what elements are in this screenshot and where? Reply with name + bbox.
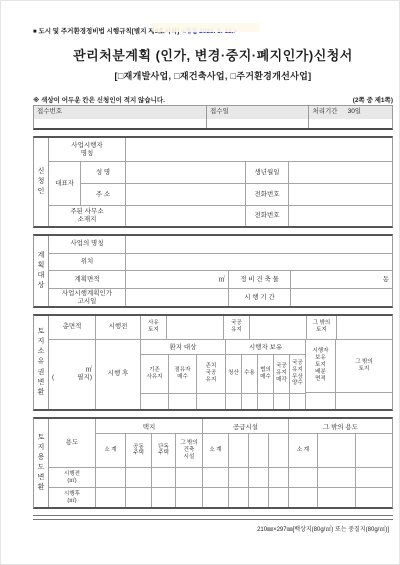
landuse-cell[interactable]: [152, 488, 176, 507]
operator-name-value[interactable]: [126, 138, 392, 161]
area-lot-unit-cell: ㎡ ( 필지): [49, 340, 96, 409]
faint-watermark: [152, 23, 260, 32]
ownership-data-cell[interactable]: [290, 394, 305, 409]
landuse-cell[interactable]: [126, 488, 152, 507]
receipt-table: 접수번호 접수일 처리기간 30일: [33, 105, 393, 130]
land-ownership-section-label-cell: 토지소유권변환: [34, 316, 49, 409]
project-name-label: 사업의 명칭: [49, 236, 126, 253]
ownership-data-cell[interactable]: [258, 394, 274, 409]
landuse-cell[interactable]: [318, 468, 356, 488]
other-use-header: 그 밖의 용도: [289, 419, 392, 434]
table-row: 용도 택지 소 계 공동 주택 단독 주택 그 밖의 건축 시설 공급시설 소 …: [49, 419, 392, 468]
table-row-after: 시행후 (㎡): [49, 488, 392, 507]
landuse-cell[interactable]: [152, 468, 176, 488]
public-land-sale-label: 국공 유지 매각: [274, 355, 290, 393]
supply-facility-header: 공급시설: [203, 419, 288, 434]
replot-target-header: 환지 대상: [141, 340, 225, 355]
landuse-cell[interactable]: [96, 468, 126, 488]
public-land-free-transfer-label: 국공 유지 무상 양수: [290, 355, 305, 393]
after-implementation-label: 시행 후: [96, 340, 141, 409]
replot-target-group: 환지 대상 기존 사유지 점유자 매수 존치 국공 유지: [141, 340, 226, 409]
ownership-data-cell[interactable]: [336, 393, 392, 409]
table-row: 주된 사무소 소재지 전화번호: [49, 206, 392, 226]
implementation-period-label: 시 행 기 간: [229, 289, 291, 306]
private-land-label: 사유 토지: [141, 316, 167, 339]
table-row: 사업의 명칭: [49, 236, 392, 254]
negotiated-purchase-label: 협의 매수: [258, 355, 274, 393]
table-row: 사업시행자 명칭: [49, 138, 392, 162]
applicant-section: 신청인 사업시행자 명칭 대표자 성 명 생년월일 주 소: [33, 136, 393, 228]
holding-land-distribution-column: 시행자 보유 토지 배분 면적: [306, 340, 336, 409]
landuse-cell[interactable]: [269, 468, 289, 488]
other-building-facility-label: 그 밖의 건축 시설: [176, 434, 202, 467]
approval-notice-value[interactable]: [126, 289, 229, 306]
lot-unit: 필지): [77, 374, 92, 382]
ownership-data-cell[interactable]: [141, 394, 169, 409]
apartment-label: 공동 주택: [126, 434, 152, 467]
other-use-blank-column: [356, 434, 392, 467]
table-row: ㎡ ( 필지) 시행 후 환지 대상 기존 사유지 점유자 매수 존치 국공 유…: [49, 340, 392, 409]
expropriation-label: 수용: [242, 355, 258, 393]
birth-date-value[interactable]: [289, 162, 392, 183]
table-row-before: 시행전 (㎡): [49, 468, 392, 489]
processing-period-value: 30일: [348, 108, 362, 126]
other-use-subtotal-label: 소 계: [289, 434, 318, 467]
landuse-cell[interactable]: [96, 488, 126, 507]
before-sqm-label: 시행전 (㎡): [49, 468, 96, 488]
land-ownership-section: 토지소유권변환 총면적 시행전 사유 토지 국공 유지 그 밖의 토지 ㎡ ( …: [33, 314, 393, 411]
office-phone-label: 전화번호: [246, 206, 289, 226]
office-phone-value[interactable]: [289, 206, 392, 226]
landuse-cell[interactable]: [249, 468, 269, 488]
square-bullet-icon: ■: [33, 29, 37, 35]
other-land-label: 그 밖의 토지: [307, 316, 337, 339]
landuse-cell[interactable]: [176, 488, 203, 507]
approval-notice-label: 사업시행계획인가 고시일: [49, 289, 126, 306]
applicant-body: 사업시행자 명칭 대표자 성 명 생년월일 주 소 전화번호: [49, 138, 392, 226]
plan-area-value[interactable]: ㎡: [126, 271, 229, 288]
name-value[interactable]: [126, 162, 246, 183]
landuse-cell[interactable]: [289, 488, 318, 507]
receipt-date-cell: 접수일: [207, 106, 309, 128]
ownership-data-cell[interactable]: [242, 394, 258, 409]
page-indicator: (2쪽 중 제1쪽): [353, 95, 393, 104]
main-office-value[interactable]: [126, 206, 246, 226]
table-row: 성 명 생년월일: [81, 162, 392, 184]
plan-target-body: 사업의 명칭 위치 계획면적 ㎡ 정 비 건 축 물 동 사업시행계획인가 고시…: [49, 236, 392, 306]
location-label: 위치: [49, 254, 126, 271]
representative-rows: 성 명 생년월일 주 소 전화번호: [81, 162, 392, 205]
land-use-body: 용도 택지 소 계 공동 주택 단독 주택 그 밖의 건축 시설 공급시설 소 …: [49, 419, 392, 507]
plan-area-label: 계획면적: [49, 271, 126, 288]
phone-value[interactable]: [289, 184, 392, 205]
supply-facility-group: 공급시설 소 계: [203, 419, 289, 467]
land-ownership-section-label: 토지소유권변환: [37, 327, 46, 398]
land-use-section-label: 토지용도변환: [37, 433, 46, 494]
land-ownership-body: 총면적 시행전 사유 토지 국공 유지 그 밖의 토지 ㎡ ( 필지) 시행 후: [49, 316, 392, 409]
liquidation-label: 청산: [226, 355, 242, 393]
other-land-value[interactable]: [337, 316, 392, 339]
public-land-label: 국공 유지: [224, 316, 250, 339]
landuse-cell[interactable]: [229, 488, 249, 507]
page-title: 관리처분계획 (인가, 변경·중지·폐지인가)신청서: [33, 45, 393, 64]
housing-site-header: 택지: [96, 419, 202, 434]
after-sqm-label: 시행후 (㎡): [49, 488, 96, 507]
landuse-cell[interactable]: [229, 468, 249, 488]
supply-blank-column: [269, 434, 288, 467]
table-row: 주 소 전화번호: [81, 184, 392, 205]
other-use-blank-column: [318, 434, 356, 467]
plan-target-section-label-cell: 계획대상: [34, 236, 49, 306]
table-row: 총면적 시행전 사유 토지 국공 유지 그 밖의 토지: [49, 316, 392, 340]
landuse-cell[interactable]: [203, 488, 229, 507]
applicant-section-label: 신청인: [37, 167, 46, 197]
receipt-date-label: 접수일: [210, 108, 229, 115]
table-row: 위치: [49, 254, 392, 272]
location-value[interactable]: [126, 254, 392, 271]
use-label: 용도: [49, 419, 96, 467]
private-land-value[interactable]: [167, 316, 224, 339]
processing-period-cell: 처리기간 30일: [309, 106, 392, 128]
processing-period-label: 처리기간: [312, 108, 337, 126]
address-label: 주 소: [81, 184, 126, 205]
area-unit: ㎡: [219, 276, 226, 284]
detached-house-label: 단독 주택: [152, 434, 176, 467]
ownership-data-cell[interactable]: [274, 394, 290, 409]
land-use-section: 토지용도변환 용도 택지 소 계 공동 주택 단독 주택 그 밖의 건축 시설 …: [33, 417, 393, 509]
buildings-label: 정 비 건 축 물: [229, 271, 291, 288]
implementer-holding-header: 시행자 보유: [226, 340, 305, 355]
ownership-data-cell[interactable]: [306, 393, 335, 409]
occupant-purchase-label: 점유자 매수: [169, 355, 197, 393]
housing-subtotal-label: 소 계: [96, 434, 126, 467]
buildings-unit: 동: [383, 276, 389, 284]
supply-subtotal-label: 소 계: [203, 434, 229, 467]
housing-site-group: 택지 소 계 공동 주택 단독 주택 그 밖의 건축 시설: [96, 419, 203, 467]
ownership-data-cell[interactable]: [169, 394, 197, 409]
land-use-section-label-cell: 토지용도변환: [34, 419, 49, 507]
table-row: 대표자 성 명 생년월일 주 소 전화번호: [49, 162, 392, 206]
landuse-cell[interactable]: [249, 488, 269, 507]
public-land-value[interactable]: [250, 316, 307, 339]
receipt-number-label: 접수번호: [37, 108, 62, 115]
other-land-label-2: 그 밖의 토지: [336, 340, 392, 393]
landuse-cell[interactable]: [356, 468, 392, 488]
plan-target-section: 계획대상 사업의 명칭 위치 계획면적 ㎡ 정 비 건 축 물 동: [33, 234, 393, 308]
implementation-period-value[interactable]: [291, 289, 392, 306]
operator-name-label: 사업시행자 명칭: [49, 138, 126, 161]
other-use-group: 그 밖의 용도 소 계: [289, 419, 392, 467]
implementer-holding-group: 시행자 보유 청산 수용 협의 매수 국공 유지 매각 국공 유지 무상 양수: [226, 340, 306, 409]
landuse-cell[interactable]: [126, 468, 152, 488]
ownership-data-cell[interactable]: [226, 394, 242, 409]
holding-land-distribution-label: 시행자 보유 토지 배분 면적: [306, 340, 335, 393]
existing-private-land-label: 기존 사유지: [141, 355, 169, 393]
table-row: 계획면적 ㎡ 정 비 건 축 물 동: [49, 271, 392, 289]
total-area-label: 총면적: [49, 316, 96, 339]
landuse-cell[interactable]: [356, 488, 392, 507]
form-page: ■ 도시 및 주거환경정비법 시행규칙[별지 제9호서식] <개정 2023. …: [0, 0, 400, 565]
landuse-cell[interactable]: [318, 488, 356, 507]
main-office-label: 주된 사무소 소재지: [49, 206, 126, 226]
landuse-cell[interactable]: [289, 468, 318, 488]
name-label: 성 명: [81, 162, 126, 183]
address-value[interactable]: [126, 184, 246, 205]
retained-public-land-label: 존치 국공 유지: [197, 355, 225, 393]
note-line: ※ 색상이 어두운 칸은 신청인이 적지 않습니다. (2쪽 중 제1쪽): [33, 95, 393, 104]
other-land-column: 그 밖의 토지: [336, 340, 392, 409]
paper-spec-footer: 210㎜×297㎜[백상지(80g/㎡) 또는 중질지(80g/㎡)]: [33, 520, 393, 533]
table-row: 사업시행계획인가 고시일 시 행 기 간: [49, 289, 392, 306]
applicant-section-label-cell: 신청인: [34, 138, 49, 226]
landuse-cell[interactable]: [203, 468, 229, 488]
buildings-value[interactable]: 동: [291, 271, 392, 288]
landuse-cell[interactable]: [176, 468, 203, 488]
project-name-value[interactable]: [126, 236, 392, 253]
supply-blank-column: [229, 434, 249, 467]
before-implementation-label: 시행전: [96, 316, 141, 339]
phone-label: 전화번호: [246, 184, 289, 205]
plan-target-section-label: 계획대상: [37, 251, 46, 292]
representative-label: 대표자: [49, 162, 81, 205]
ownership-data-cell[interactable]: [197, 394, 225, 409]
shaded-cell-note: ※ 색상이 어두운 칸은 신청인이 적지 않습니다.: [33, 95, 165, 104]
receipt-number-cell: 접수번호: [34, 106, 207, 128]
supply-blank-column: [249, 434, 269, 467]
birth-date-label: 생년월일: [246, 162, 289, 183]
landuse-cell[interactable]: [269, 488, 289, 507]
business-type-checkboxes[interactable]: [□재개발사업, □재건축사업, □주거환경개선사업]: [33, 69, 393, 82]
lot-paren-open: (: [52, 374, 54, 382]
